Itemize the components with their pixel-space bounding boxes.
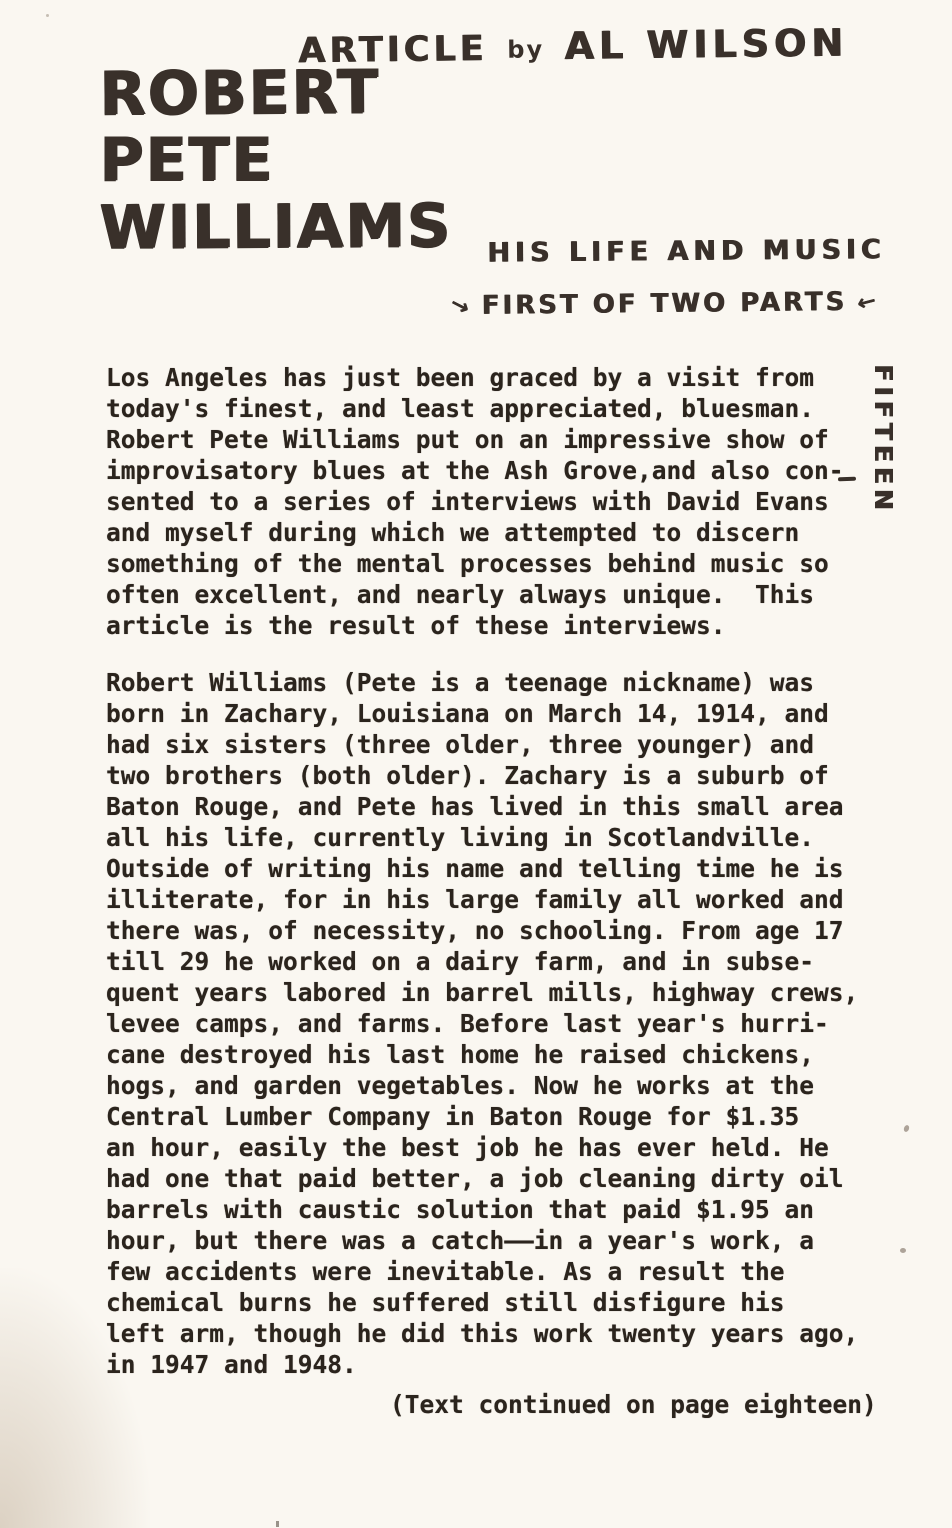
paragraph-1: Los Angeles has just been graced by a vi… <box>106 362 877 641</box>
title-line-williams: WILLIAMS <box>99 193 452 262</box>
article-subtitle: HIS LIFE AND MUSIC <box>487 234 886 268</box>
title-line-pete: PETE <box>99 127 452 194</box>
paragraph-2: Robert Williams (Pete is a teenage nickn… <box>106 667 877 1380</box>
ink-speck <box>900 1248 906 1253</box>
article-body: Los Angeles has just been graced by a vi… <box>106 362 877 1420</box>
continued-note: (Text continued on page eighteen) <box>106 1389 877 1420</box>
article-title: ROBERT PETE WILLIAMS <box>99 60 452 261</box>
ink-speck <box>46 14 49 17</box>
ink-speck <box>903 1124 910 1132</box>
right-arrow-icon: → <box>445 290 476 322</box>
parts-label: FIRST OF TWO PARTS <box>481 287 847 321</box>
stray-dash-mark <box>838 477 856 482</box>
ink-speck <box>276 1521 279 1527</box>
parts-note: → FIRST OF TWO PARTS ← <box>450 287 879 321</box>
credit-by-label: by <box>507 35 544 63</box>
credit-author: AL WILSON <box>564 21 848 68</box>
scanned-page: ARTICLE by AL WILSON ROBERT PETE WILLIAM… <box>0 0 952 1528</box>
left-arrow-icon: ← <box>854 287 881 317</box>
title-line-robert: ROBERT <box>99 59 452 128</box>
